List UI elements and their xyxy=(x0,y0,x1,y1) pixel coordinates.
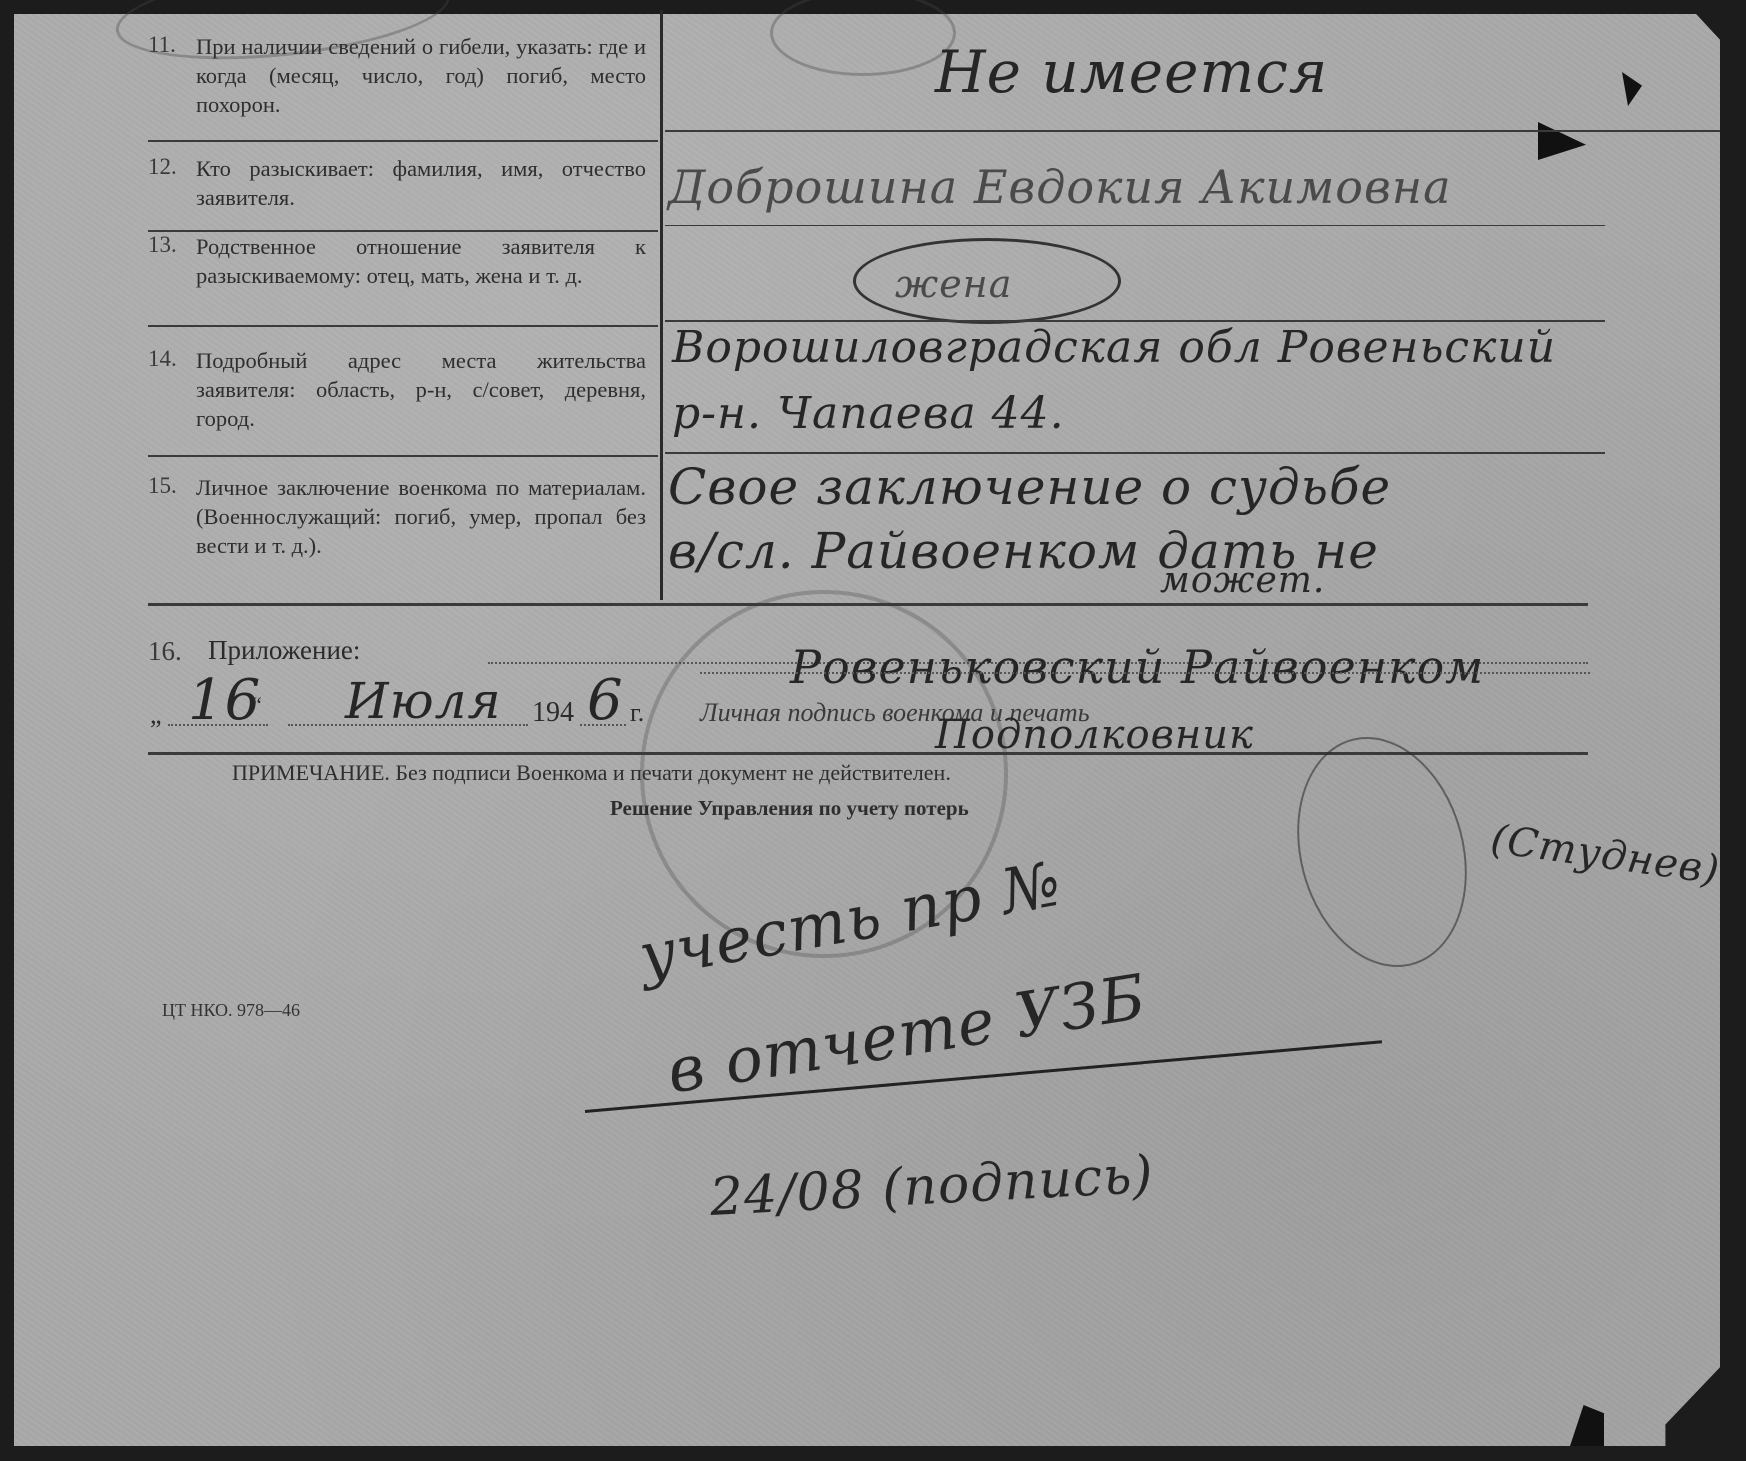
field-13-label: Родственное отношение заявителя к разыск… xyxy=(196,232,646,290)
field-13-value: жена xyxy=(895,262,1012,306)
day-dotted-line xyxy=(168,724,268,726)
date-open-quote: „ xyxy=(150,700,162,729)
date-year-abbr: г. xyxy=(630,698,644,727)
field-14-label: Подробный адрес места жительства заявите… xyxy=(196,346,646,433)
column-divider xyxy=(660,10,663,600)
field-14-value-line2: р-н. Чапаева 44. xyxy=(672,388,1065,439)
validity-note: ПРИМЕЧАНИЕ. Без подписи Военкома и печат… xyxy=(232,760,951,786)
print-code: ЦТ НКО. 978—46 xyxy=(162,1000,300,1021)
field-14-number: 14. xyxy=(148,346,177,372)
field-12-number: 12. xyxy=(148,154,177,180)
signature-dotted-line xyxy=(700,672,1590,674)
row-divider xyxy=(665,225,1605,226)
year-dotted-line xyxy=(580,724,626,726)
field-15-value-line3: может. xyxy=(1160,560,1325,601)
field-15-value-line1: Свое заключение о судьбе xyxy=(668,458,1391,516)
row-divider xyxy=(148,140,658,142)
field-16-label: Приложение: xyxy=(208,636,360,665)
field-15-label: Личное заключение военкома по материалам… xyxy=(196,473,646,560)
field-11-label: При наличии сведений о гибели, указать: … xyxy=(196,32,646,119)
decision-heading: Решение Управления по учету потерь xyxy=(610,796,969,821)
date-month: Июля xyxy=(345,672,502,730)
row-divider xyxy=(665,452,1605,454)
row-divider xyxy=(148,325,658,327)
field-11-value: Не имеется xyxy=(935,38,1328,106)
field-14-value-line1: Ворошиловградская обл Ровеньский xyxy=(672,322,1556,373)
field-11-number: 11. xyxy=(148,32,176,58)
section-divider xyxy=(148,603,1588,606)
field-12-value: Доброшина Евдокия Акимовна xyxy=(668,160,1452,214)
date-close-quote: “ xyxy=(252,690,262,719)
date-year-prefix: 194 xyxy=(532,698,574,727)
month-dotted-line xyxy=(288,724,528,726)
field-12-label: Кто разыскивает: фамилия, имя, отчество … xyxy=(196,154,646,212)
signature-line1: Ровеньковский Райвоенком xyxy=(790,640,1484,694)
row-divider xyxy=(148,455,658,457)
field-16-number: 16. xyxy=(148,636,182,667)
field-13-number: 13. xyxy=(148,232,177,258)
row-divider xyxy=(665,130,1720,132)
field-15-number: 15. xyxy=(148,473,177,499)
